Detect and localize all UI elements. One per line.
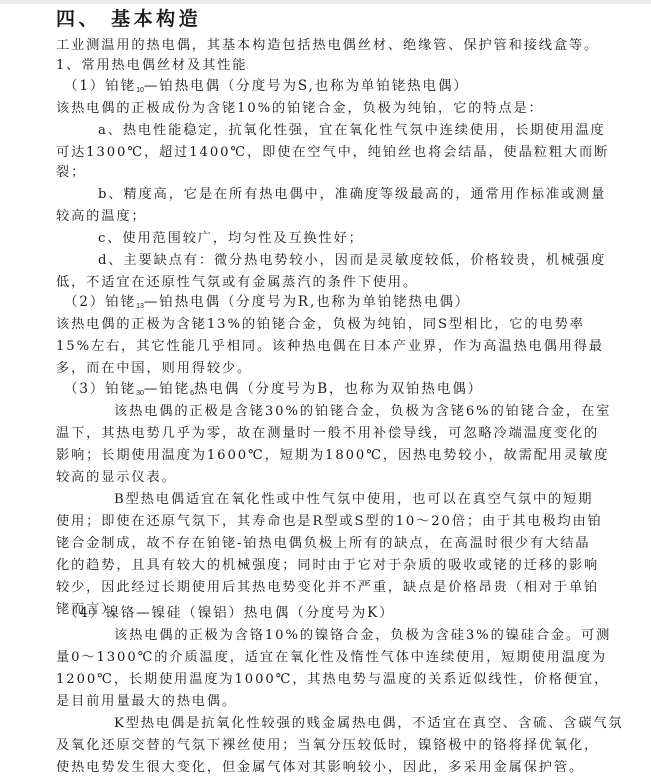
- item-1-line: 较高的温度；: [56, 208, 147, 226]
- item-1-heading: （1）铂铑10—铂热电偶（分度号为S,也称为单铂铑热电偶）: [64, 77, 469, 100]
- item-4-line: 及氧化还原交替的气氛下裸丝使用；当氧分压较低时，镍铬极中的铬将择优氧化，: [56, 737, 599, 755]
- item-3-line: 铑合金制成，故不存在铂铑-铂热电偶负极上所有的缺点，在高温时很少有大结晶: [56, 535, 590, 553]
- item-4-line: 是目前用量最大的热电偶。: [56, 693, 237, 711]
- item-3-line: B型热电偶适宜在氧化性或中性气氛中使用，也可以在真空气氛中的短期: [114, 491, 593, 509]
- section-title: 四、 基本构造: [56, 10, 201, 28]
- item-3-line: 较高的显示仪表。: [56, 469, 177, 487]
- item-3-heading: （3）铂铑30—铂铑6热电偶（分度号为B，也称为双铂热电偶）: [64, 380, 483, 403]
- item-2-line: 多，而在中国，则用得较少。: [56, 360, 252, 378]
- item-3-line: 较少，因此经过长期使用后其热电势变化并不严重，缺点是价格昂贵（相对于单铂: [56, 579, 599, 597]
- item-2-line: 该热电偶的正极为含铑13%的铂铑合金，负极为纯铂，同S型相比，它的电势率: [56, 316, 585, 334]
- item-1-line: 裂；: [56, 164, 86, 182]
- item-3-line: 温下，其热电势几乎为零，故在测量时一般不用补偿导线，可忽略冷端温度变化的: [56, 425, 599, 443]
- item-1-line: b、精度高，它是在所有热电偶中，准确度等级最高的，通常用作标准或测量: [98, 186, 606, 204]
- item-3-line: 使用；即使在还原气氛下，其寿命也是R型或S型的10～20倍；由于其电极均由铂: [56, 513, 603, 531]
- subsection-title: 1、常用热电偶丝材及其性能: [56, 57, 247, 75]
- item-4-line: K型热电偶是抗氧化性较强的贱金属热电偶，不适宜在真空、含硫、含碳气氛: [114, 715, 624, 733]
- item-1-line: c、使用范围较广，均匀性及互换性好；: [98, 230, 364, 248]
- item-1-line: a、热电性能稳定，抗氧化性强，宜在氧化性气氛中连续使用，长期使用温度: [98, 122, 606, 140]
- item-1-line: 该热电偶的正极成份为含铑10%的铂铑合金，负极为纯铂，它的特点是：: [56, 100, 544, 118]
- item-3-line: 影响；长期使用温度为1600℃，短期为1800℃，因热电势较小，故需配用灵敏度: [56, 447, 609, 465]
- intro-paragraph: 工业测温用的热电偶，其基本构造包括热电偶丝材、绝缘管、保护管和接线盒等。: [56, 37, 599, 55]
- item-1-line: 低，不适宜在还原性气氛或有金属蒸汽的条件下使用。: [56, 274, 418, 292]
- item-1-line: d、主要缺点有：微分热电势较小，因而是灵敏度较低，价格较贵，机械强度: [98, 252, 606, 270]
- item-3-line: 化的趋势，且具有较大的机械强度；同时由于它对于杂质的吸收或铑的迁移的影响: [56, 557, 599, 575]
- top-border: [0, 0, 651, 4]
- item-4-line: 该热电偶的正极为含铬10%的镍铬合金，负极为含硅3%的镍硅合金。可测: [114, 627, 611, 645]
- item-1-line: 可达1300℃，超过1400℃，即使在空气中，纯铂丝也将会结晶，使晶粒粗大而断: [56, 144, 609, 162]
- item-4-line: 使热电势发生很大变化，但金属气体对其影响较小，因此，多采用金属保护管。: [56, 759, 584, 777]
- item-3-line: 该热电偶的正极是含铑30%的铂铑合金，负极为含铑6%的铂铑合金，在室: [114, 403, 611, 421]
- item-4-line: 量0～1300℃的介质温度，适宜在氧化性及惰性气体中连续使用，短期使用温度为: [56, 649, 607, 667]
- item-2-line: 15%左右，其它性能几乎相同。该种热电偶在日本产业界，作为高温热电偶用得最: [56, 338, 604, 356]
- item-4-heading: （4）镍铬—镍硅（镍铝）热电偶（分度号为K）: [64, 604, 394, 622]
- item-4-line: 1200℃，长期使用温度为1000℃，其热电势与温度的关系近似线性，价格便宜，: [56, 671, 609, 689]
- item-2-heading: （2）铂铑13—铂热电偶（分度号为R,也称为单铂铑热电偶）: [64, 293, 470, 316]
